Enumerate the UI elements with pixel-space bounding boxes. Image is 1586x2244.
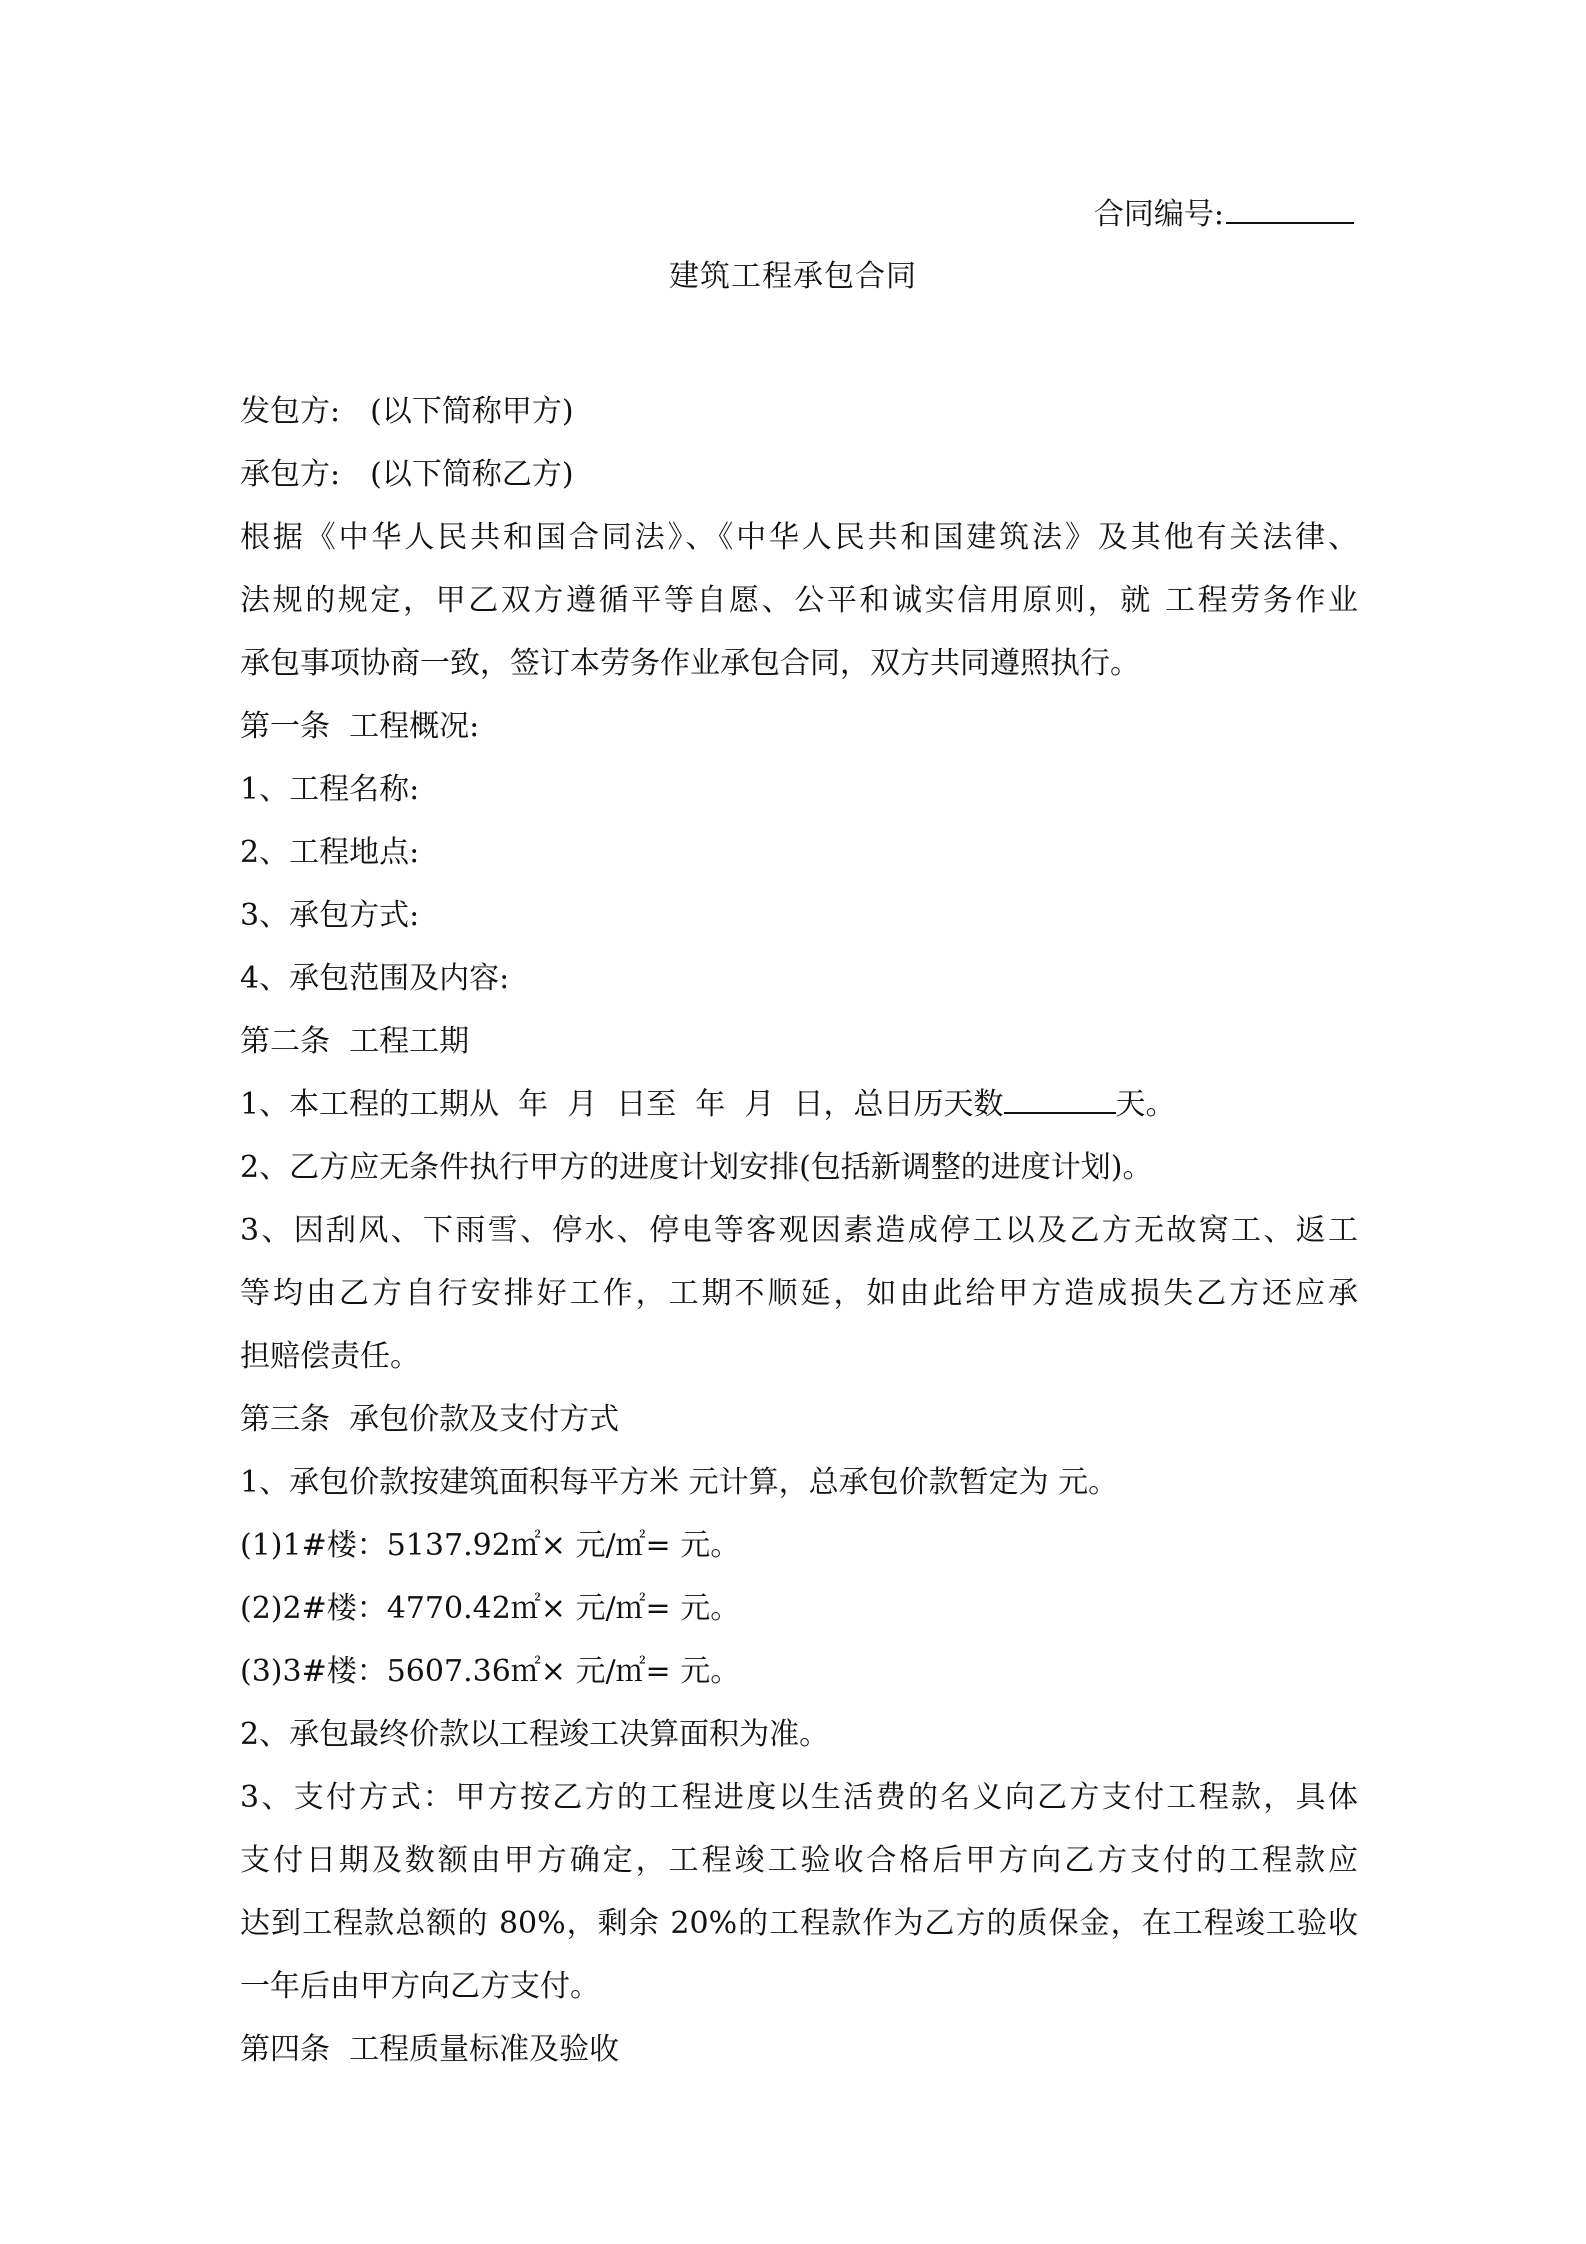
document-title: 建筑工程承包合同 <box>0 255 1586 299</box>
article-2-item-1-suffix: 天。 <box>1116 1087 1176 1122</box>
article-3-item-1: 1、承包价款按建筑面积每平方米 元计算，总承包价款暂定为 元。 <box>240 1451 1358 1514</box>
article-1-item: 4、承包范围及内容: <box>240 947 1358 1010</box>
article-3-item-2: 2、承包最终价款以工程竣工决算面积为准。 <box>240 1703 1358 1766</box>
article-2-item-1-text: 1、本工程的工期从 年 月 日至 年 月 日，总日历天数 <box>240 1087 1004 1122</box>
document-body: 发包方:(以下简称甲方) 承包方:(以下简称乙方) 根据《中华人民共和国合同法》… <box>240 380 1358 2081</box>
article-2-item-3-line: 等均由乙方自行安排好工作，工期不顺延，如由此给甲方造成损失乙方还应承 <box>240 1262 1358 1325</box>
article-4-heading: 第四条 工程质量标准及验收 <box>240 2018 1358 2081</box>
party-contractor-label: 承包方: <box>240 457 340 492</box>
preamble-line: 根据《中华人民共和国合同法》、《中华人民共和国建筑法》及其他有关法律、 <box>240 506 1358 569</box>
article-2-heading: 第二条 工程工期 <box>240 1010 1358 1073</box>
contract-number-blank <box>1226 192 1354 224</box>
building-price-line: (1)1#楼：5137.92㎡× 元/㎡= 元。 <box>240 1514 1358 1577</box>
article-2-item-2: 2、乙方应无条件执行甲方的进度计划安排(包括新调整的进度计划)。 <box>240 1136 1358 1199</box>
article-2-item-3-line: 担赔偿责任。 <box>240 1325 1358 1388</box>
party-contractor-note: (以下简称乙方) <box>370 457 573 492</box>
article-3-item-3-line: 达到工程款总额的 80%，剩余 20%的工程款作为乙方的质保金，在工程竣工验收 <box>240 1892 1358 1955</box>
building-price-line: (3)3#楼：5607.36㎡× 元/㎡= 元。 <box>240 1640 1358 1703</box>
contract-number-row: 合同编号: <box>1094 192 1354 237</box>
article-3-heading: 第三条 承包价款及支付方式 <box>240 1388 1358 1451</box>
article-1-item: 3、承包方式: <box>240 884 1358 947</box>
preamble-line: 承包事项协商一致，签订本劳务作业承包合同，双方共同遵照执行。 <box>240 632 1358 695</box>
party-issuer: 发包方:(以下简称甲方) <box>240 380 1358 443</box>
contract-number-label: 合同编号: <box>1094 197 1224 232</box>
document-page: 合同编号: 建筑工程承包合同 发包方:(以下简称甲方) 承包方:(以下简称乙方)… <box>0 0 1586 2244</box>
article-3-item-3-line: 一年后由甲方向乙方支付。 <box>240 1955 1358 2018</box>
party-issuer-label: 发包方: <box>240 394 340 429</box>
party-issuer-note: (以下简称甲方) <box>370 394 573 429</box>
article-2-item-3-line: 3、因刮风、下雨雪、停水、停电等客观因素造成停工以及乙方无故窝工、返工 <box>240 1199 1358 1262</box>
article-2-item-1: 1、本工程的工期从 年 月 日至 年 月 日，总日历天数天。 <box>240 1073 1358 1136</box>
building-price-line: (2)2#楼：4770.42㎡× 元/㎡= 元。 <box>240 1577 1358 1640</box>
article-1-item: 2、工程地点: <box>240 821 1358 884</box>
preamble-line: 法规的规定，甲乙双方遵循平等自愿、公平和诚实信用原则，就 工程劳务作业 <box>240 569 1358 632</box>
article-3-item-3-line: 支付日期及数额由甲方确定，工程竣工验收合格后甲方向乙方支付的工程款应 <box>240 1829 1358 1892</box>
article-1-heading: 第一条 工程概况: <box>240 695 1358 758</box>
total-days-blank <box>1004 1084 1116 1114</box>
party-contractor: 承包方:(以下简称乙方) <box>240 443 1358 506</box>
article-1-item: 1、工程名称: <box>240 758 1358 821</box>
article-3-item-3-line: 3、支付方式：甲方按乙方的工程进度以生活费的名义向乙方支付工程款，具体 <box>240 1766 1358 1829</box>
